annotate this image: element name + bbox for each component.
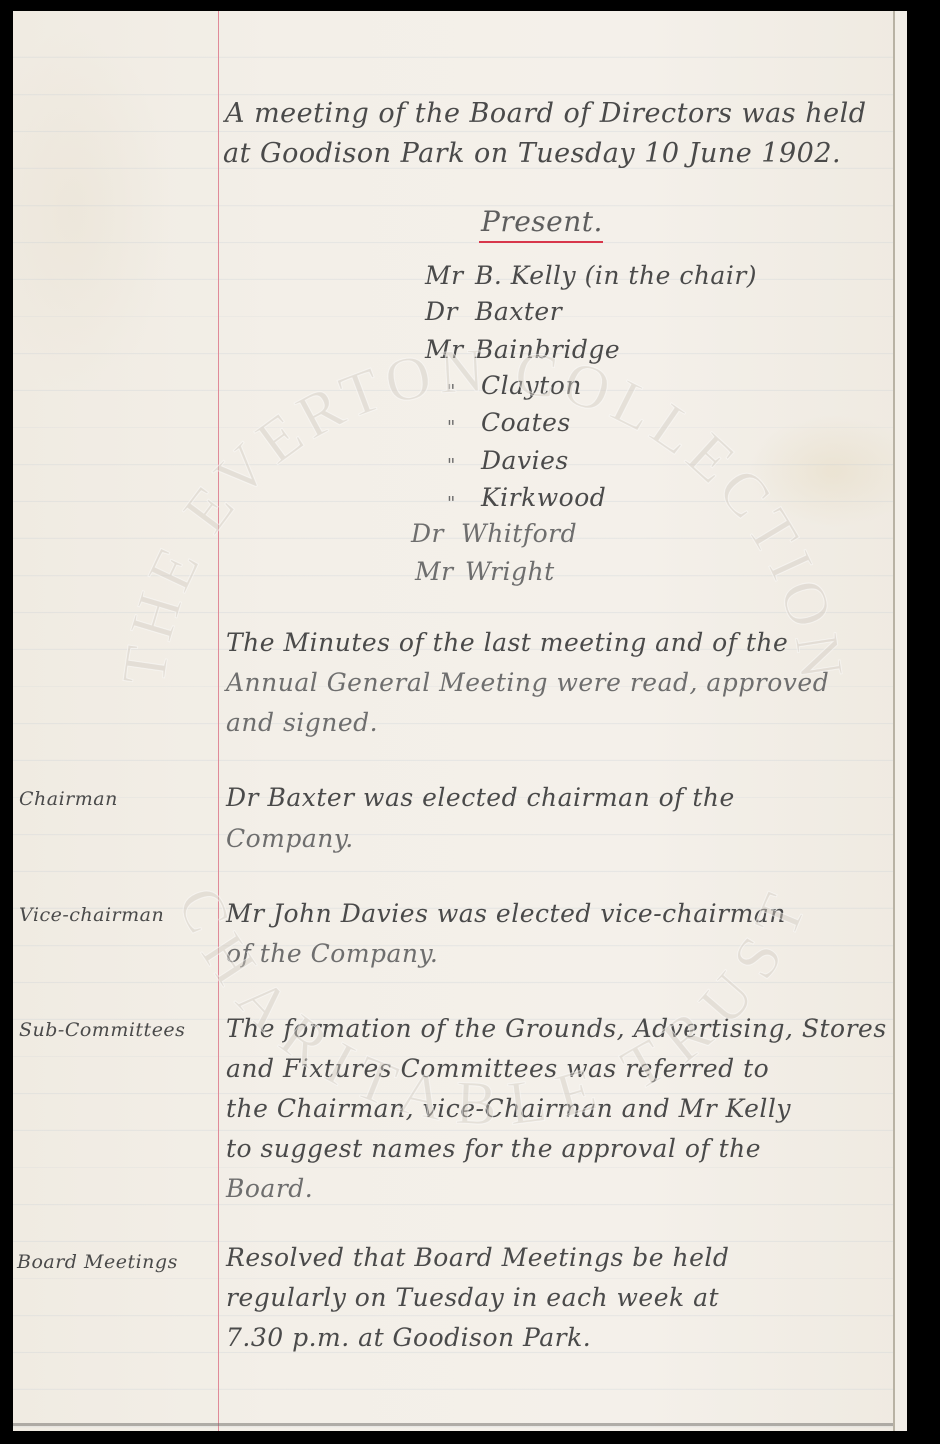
attendee-prefix: Mr	[425, 261, 464, 290]
attendee-prefix: Mr	[415, 557, 454, 586]
attendee-prefix: Dr	[411, 519, 444, 548]
ledger-page: THE EVERTON COLLECTION A meeting of the …	[13, 11, 906, 1431]
attendee-name: Bainbridge	[475, 335, 620, 364]
entry-vice-chairman-line-2: of the Company.	[226, 939, 438, 968]
entry-chairman-line-2: Company.	[226, 824, 354, 853]
attendee-name: Davies	[481, 446, 569, 475]
page-bottom-shadow	[13, 1423, 893, 1426]
attendee-name: Clayton	[481, 371, 582, 400]
watermark-emboss: THE EVERTON COLLECTION CHARITABLE TRUST	[13, 11, 906, 1431]
heading-line-1: A meeting of the Board of Directors was …	[225, 98, 866, 129]
ditto-mark: "	[447, 455, 455, 476]
attendee-name: Coates	[481, 408, 571, 437]
ditto-mark: "	[447, 381, 455, 402]
present-title: Present.	[481, 205, 603, 238]
entry-sub-committees-line-3: the Chairman, vice-Chairman and Mr Kelly	[226, 1094, 791, 1123]
ruled-lines	[13, 11, 906, 1431]
margin-label-chairman: Chairman	[19, 788, 118, 810]
ditto-mark: "	[447, 417, 455, 438]
book-page-edge	[893, 11, 907, 1431]
minutes-line-2: Annual General Meeting were read, approv…	[226, 668, 829, 697]
margin-label-sub-committees: Sub-Committees	[19, 1019, 185, 1041]
entry-board-meetings-line-3: 7.30 p.m. at Goodison Park.	[226, 1323, 591, 1352]
attendee-name: B. Kelly (in the chair)	[475, 261, 757, 290]
margin-label-vice-chairman: Vice-chairman	[19, 904, 164, 926]
attendee-prefix: Mr	[425, 335, 464, 364]
attendee-name: Kirkwood	[481, 483, 606, 512]
entry-sub-committees-line-5: Board.	[226, 1174, 313, 1203]
attendee-name: Wright	[465, 557, 555, 586]
entry-sub-committees-line-4: to suggest names for the approval of the	[226, 1134, 761, 1163]
entry-board-meetings-line-1: Resolved that Board Meetings be held	[226, 1243, 729, 1272]
minutes-line-3: and signed.	[226, 708, 378, 737]
margin-rule	[218, 11, 219, 1431]
attendee-prefix: Dr	[425, 297, 458, 326]
entry-board-meetings-line-2: regularly on Tuesday in each week at	[226, 1283, 719, 1312]
attendee-name: Whitford	[461, 519, 577, 548]
entry-chairman-line-1: Dr Baxter was elected chairman of the	[226, 783, 735, 812]
entry-sub-committees-line-2: and Fixtures Committees was referred to	[226, 1054, 769, 1083]
attendee-name: Baxter	[475, 297, 562, 326]
ditto-mark: "	[447, 493, 455, 514]
present-underline	[479, 241, 603, 243]
minutes-line-1: The Minutes of the last meeting and of t…	[226, 628, 788, 657]
margin-label-board-meetings: Board Meetings	[17, 1251, 178, 1273]
entry-sub-committees-line-1: The formation of the Grounds, Advertisin…	[226, 1014, 887, 1043]
entry-vice-chairman-line-1: Mr John Davies was elected vice-chairman	[226, 899, 786, 928]
heading-line-2: at Goodison Park on Tuesday 10 June 1902…	[223, 138, 841, 169]
